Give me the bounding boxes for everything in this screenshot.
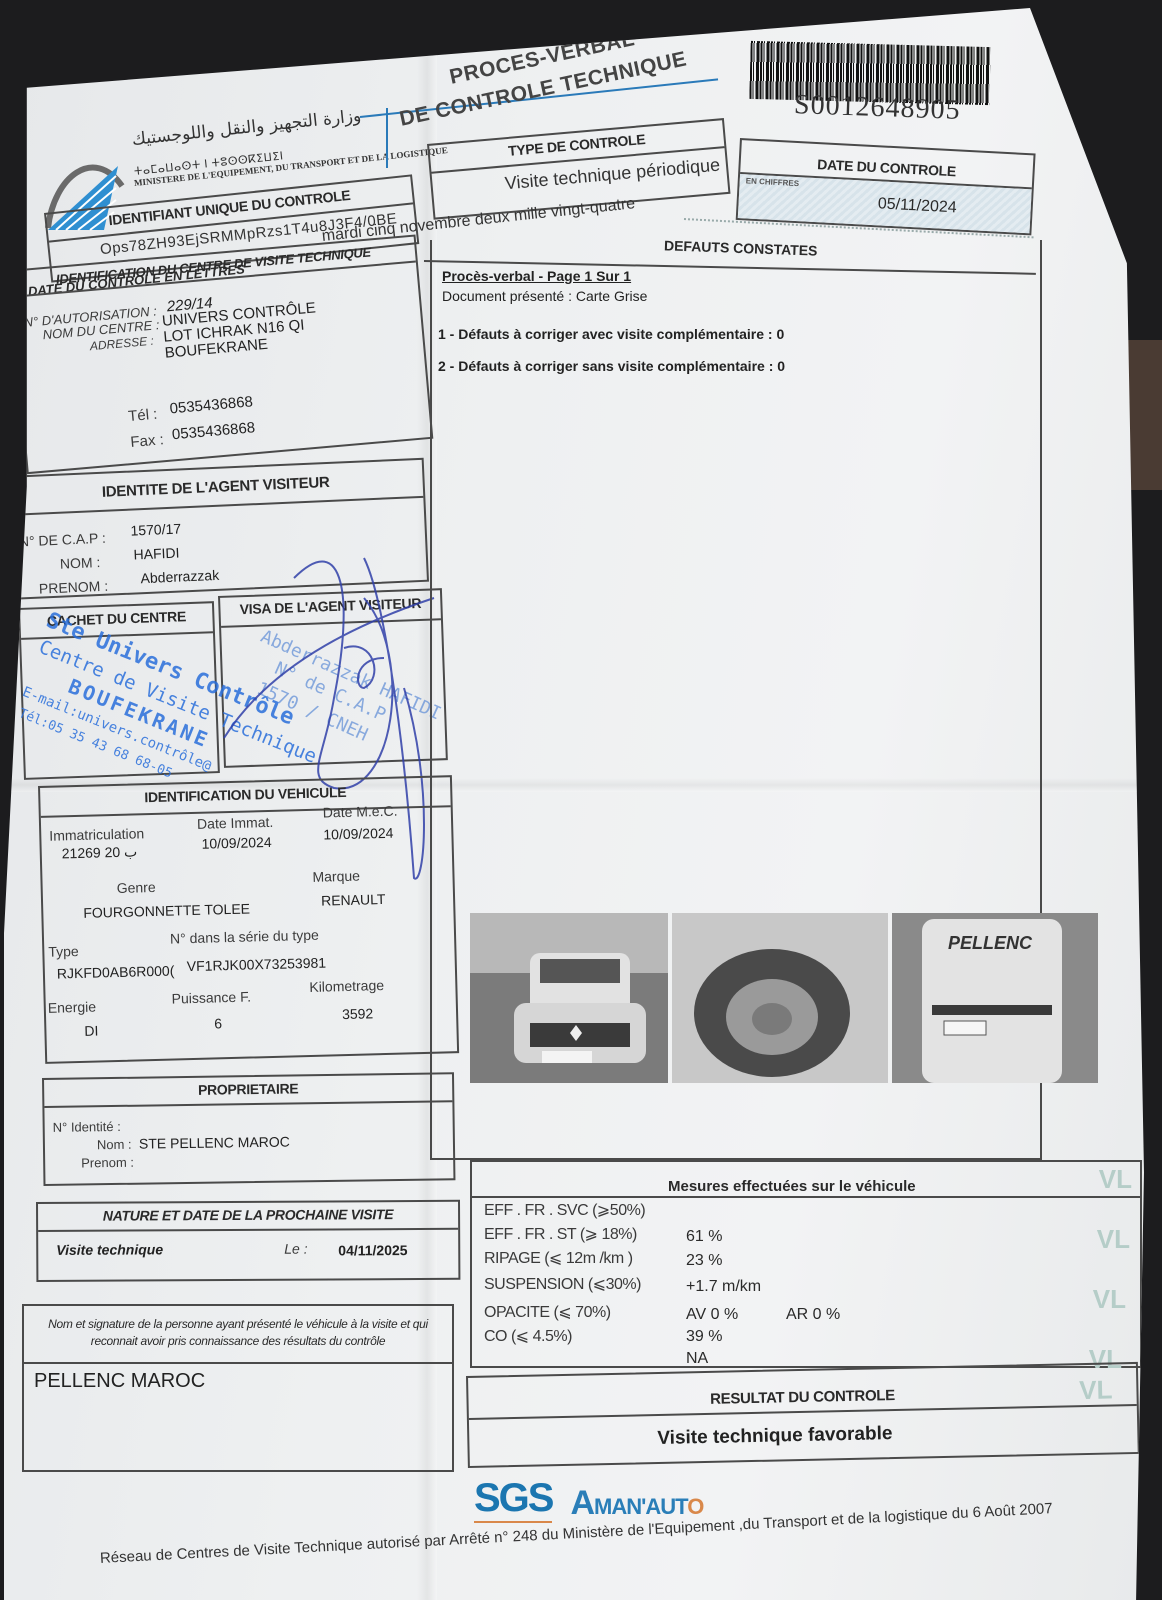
date-controle-box: DATE DU CONTROLE EN CHIFFRES 05/11/2024 xyxy=(736,138,1036,235)
tel-value: 0535436868 xyxy=(169,393,254,417)
cap-label: N° DE C.A.P : xyxy=(19,530,107,550)
immat-label: Immatriculation xyxy=(49,825,144,843)
vehicle-photo-front xyxy=(470,913,668,1083)
date-immat-label: Date Immat. xyxy=(197,814,274,832)
mesure-label-suspension: SUSPENSION (⩽30%) xyxy=(484,1274,641,1294)
prochaine-visite-nature: Visite technique xyxy=(56,1241,163,1258)
puissance-label: Puissance F. xyxy=(171,989,251,1007)
amanauto-logo-o: O xyxy=(687,1494,703,1519)
serie-value: VF1RJK00X73253981 xyxy=(187,955,327,975)
fax-label: Fax : xyxy=(130,431,165,451)
agent-nom-label: NOM : xyxy=(60,554,101,572)
signature-header: Nom et signature de la personne ayant pr… xyxy=(24,1306,452,1364)
proces-verbal-document: وزارة التجهيز والنقل واللوجستيك ⵜⴰⵎⴰⵡⴰⵙⵜ… xyxy=(4,8,1144,1600)
genre-label: Genre xyxy=(116,879,155,896)
proprietaire-box: PROPRIETAIRE N° Identité : Nom : STE PEL… xyxy=(42,1072,455,1186)
mesure-value-st: 61 % xyxy=(686,1228,722,1246)
mesure-label-opacite: OPACITE (⩽ 70%) xyxy=(484,1302,611,1322)
vl-watermark: VL xyxy=(1097,1224,1130,1255)
mesure-value-ripage: 23 % xyxy=(686,1252,722,1270)
header-divider xyxy=(386,108,388,168)
proprietaire-header: PROPRIETAIRE xyxy=(44,1074,452,1108)
mesure-value-suspension: +1.7 m/km xyxy=(686,1278,761,1296)
serie-label: N° dans la série du type xyxy=(170,927,319,947)
tel-label: Tél : xyxy=(127,406,158,425)
resultat-header: RESULTAT DU CONTROLE xyxy=(468,1364,1137,1420)
agent-nom-value: HAFIDI xyxy=(133,545,180,563)
vehicle-photos: PELLENC xyxy=(470,913,1100,1083)
cap-value: 1570/17 xyxy=(130,520,181,538)
proprietaire-nom-value: STE PELLENC MAROC xyxy=(139,1134,290,1152)
ministry-name-arabic: وزارة التجهيز والنقل واللوجستيك xyxy=(131,106,362,150)
prochaine-visite-box: NATURE ET DATE DE LA PROCHAINE VISITE Vi… xyxy=(36,1200,460,1282)
amanauto-logo: AMAN'AUTO xyxy=(570,1484,703,1523)
date-mec-label: Date M.e.C. xyxy=(323,803,398,821)
agent-prenom-label: PRENOM : xyxy=(39,578,109,597)
vehicule-identification-box: IDENTIFICATION DU VEHICULE Immatriculati… xyxy=(38,775,459,1064)
fax-value: 0535436868 xyxy=(171,419,256,443)
mesure-value-na: NA xyxy=(686,1350,708,1368)
resultat-value: Visite technique favorable xyxy=(657,1423,893,1450)
signature-value: PELLENC MAROC xyxy=(34,1370,205,1393)
mesure-value-co: 39 % xyxy=(686,1328,722,1346)
vl-watermark: VL xyxy=(1099,1164,1132,1195)
svg-text:PELLENC: PELLENC xyxy=(948,933,1033,953)
mesures-header: Mesures effectuées sur le véhicule xyxy=(668,1178,916,1195)
resultat-box: RESULTAT DU CONTROLE Visite technique fa… xyxy=(466,1362,1140,1468)
defauts-page: Procès-verbal - Page 1 Sur 1 xyxy=(442,268,631,284)
sgs-logo: SGS xyxy=(474,1476,552,1523)
mesure-label-co: CO (⩽ 4.5%) xyxy=(484,1326,572,1346)
brand-logos: SGS AMAN'AUTO xyxy=(474,1476,703,1523)
date-mec-value: 10/09/2024 xyxy=(323,825,393,843)
defauts-line1: 1 - Défauts à corriger avec visite compl… xyxy=(438,326,784,342)
energie-value: DI xyxy=(84,1023,98,1039)
identite-label: N° Identité : xyxy=(53,1119,121,1135)
document-serial-number: S0012648905 xyxy=(793,89,961,127)
vehicle-photo-wheel xyxy=(672,913,888,1083)
prochaine-visite-date: 04/11/2025 xyxy=(338,1242,407,1258)
mesure-label-st: EFF . FR . ST (⩾ 18%) xyxy=(484,1224,637,1244)
vl-watermark: VL xyxy=(1079,1374,1113,1406)
mesure-label-ripage: RIPAGE (⩽ 12m /km ) xyxy=(484,1248,633,1268)
date-immat-value: 10/09/2024 xyxy=(201,834,271,852)
proprietaire-prenom-label: Prenom : xyxy=(81,1155,134,1171)
vehicle-photo-rear: PELLENC xyxy=(892,913,1098,1083)
genre-value: FOURGONNETTE TOLEE xyxy=(83,900,250,920)
agent-header: IDENTITE DE L'AGENT VISITEUR xyxy=(8,466,423,516)
mesure-value-opacite-ar: AR 0 % xyxy=(786,1306,840,1324)
proprietaire-nom-label: Nom : xyxy=(97,1137,132,1152)
km-value: 3592 xyxy=(342,1005,374,1022)
mesure-label-svc: EFF . FR . SVC (⩾50%) xyxy=(484,1200,645,1220)
defauts-line2: 2 - Défauts à corriger sans visite compl… xyxy=(438,358,785,374)
marque-label: Marque xyxy=(312,868,360,885)
mesure-value-opacite-av: AV 0 % xyxy=(686,1306,738,1324)
marque-value: RENAULT xyxy=(321,891,386,909)
type-value: RJKFD0AB6R000( xyxy=(57,962,175,981)
puissance-value: 6 xyxy=(214,1015,222,1031)
amanauto-logo-initial: A xyxy=(570,1484,594,1522)
amanauto-logo-text: MAN'AUT xyxy=(594,1494,687,1519)
defauts-document: Document présenté : Carte Grise xyxy=(442,288,647,304)
centre-identification-box: IDENTIFICATION DU CENTRE DE VISITE TECHN… xyxy=(9,234,433,474)
vl-watermark: VL xyxy=(1093,1284,1126,1315)
mesures-box: Mesures effectuées sur le véhicule EFF .… xyxy=(470,1160,1142,1368)
energie-label: Energie xyxy=(48,999,97,1016)
type-label: Type xyxy=(48,943,79,960)
km-label: Kilometrage xyxy=(309,977,384,995)
prochaine-visite-le-label: Le : xyxy=(284,1241,307,1257)
agent-prenom-value: Abderrazzak xyxy=(140,567,219,586)
immat-value: 21269 ب 20 xyxy=(62,843,138,862)
signature-box: Nom et signature de la personne ayant pr… xyxy=(22,1304,454,1472)
prochaine-visite-header: NATURE ET DATE DE LA PROCHAINE VISITE xyxy=(38,1202,458,1232)
